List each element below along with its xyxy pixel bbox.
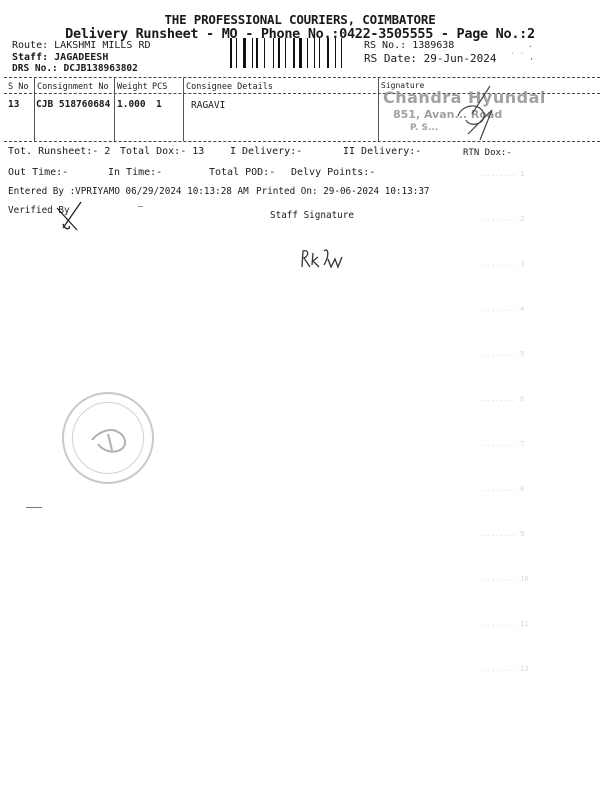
barcode-bar bbox=[267, 38, 270, 68]
barcode-bar bbox=[314, 38, 315, 68]
handwritten-signature-icon bbox=[298, 245, 358, 273]
barcode-bar bbox=[256, 38, 258, 68]
rs-date-value: 29-Jun-2024 bbox=[424, 52, 497, 65]
total-dox: Total Dox:- 13 bbox=[120, 146, 204, 157]
staff-value: JAGADEESH bbox=[54, 52, 108, 63]
bleed-mark: ......... 10 bbox=[478, 575, 529, 583]
bleed-mark: ......... 3 bbox=[478, 260, 524, 268]
barcode-bar bbox=[278, 38, 280, 68]
cell-pcs: 1 bbox=[156, 99, 162, 110]
staff-signature-label: Staff Signature bbox=[270, 210, 354, 221]
cell-s-no: 13 bbox=[8, 99, 19, 110]
speck-mark: ˙ ˙ , bbox=[510, 52, 534, 61]
barcode-bar bbox=[240, 38, 242, 68]
barcode-bar bbox=[296, 38, 297, 68]
rtn-dox: RTN Dox:- bbox=[463, 148, 512, 158]
col-header-consignment-no: Consignment No bbox=[37, 82, 109, 92]
barcode-bar bbox=[309, 38, 311, 68]
barcode-bar bbox=[261, 38, 263, 68]
ii-delivery: II Delivery:- bbox=[343, 146, 421, 157]
barcode-bar bbox=[248, 38, 249, 68]
entered-by: Entered By :VPRIYAMO 06/29/2024 10:13:28… bbox=[8, 186, 249, 197]
barcode-bar bbox=[254, 38, 255, 68]
bleed-mark: ......... 11 bbox=[478, 620, 529, 628]
barcode-bar bbox=[335, 38, 336, 68]
seal-emblem-icon bbox=[88, 420, 132, 456]
barcode-bar bbox=[293, 38, 295, 68]
bleed-mark: ......... 12 bbox=[478, 665, 529, 673]
in-time: In Time:- bbox=[108, 167, 162, 178]
out-time: Out Time:- bbox=[8, 167, 68, 178]
barcode-bar bbox=[264, 38, 265, 68]
drs-label: DRS No.: bbox=[12, 63, 58, 74]
barcode-bar bbox=[233, 38, 234, 68]
company-title: THE PROFESSIONAL COURIERS, COIMBATORE bbox=[0, 12, 600, 27]
col-header-s-no: S No bbox=[8, 82, 28, 92]
barcode-bar bbox=[285, 38, 286, 68]
bleed-mark: ......... 9 bbox=[478, 530, 524, 538]
rs-date-label: RS Date: bbox=[364, 52, 417, 65]
column-divider bbox=[114, 78, 115, 141]
bleed-mark: ......... 7 bbox=[478, 440, 524, 448]
barcode-bar bbox=[305, 38, 306, 68]
bleed-mark: ......... 4 bbox=[478, 305, 524, 313]
barcode-bar bbox=[319, 38, 320, 68]
barcode-bar bbox=[236, 38, 237, 68]
printed-on: Printed On: 29-06-2024 10:13:37 bbox=[256, 186, 430, 197]
bleed-mark: ......... 5 bbox=[478, 350, 524, 358]
bleed-mark: ......... 8 bbox=[478, 485, 524, 493]
barcode-bar bbox=[299, 38, 302, 68]
barcode-bar bbox=[243, 38, 246, 68]
col-header-weight: Weight bbox=[117, 82, 148, 92]
cell-consignee: RAGAVI bbox=[191, 100, 225, 111]
i-delivery: I Delivery:- bbox=[230, 146, 302, 157]
route-label: Route: bbox=[12, 40, 48, 51]
staff-field: Staff: JAGADEESH bbox=[12, 52, 108, 63]
bleed-mark: ......... 6 bbox=[478, 395, 524, 403]
stray-mark bbox=[26, 507, 42, 508]
cell-weight: 1.000 bbox=[117, 99, 146, 110]
barcode-bar bbox=[273, 38, 274, 68]
column-divider bbox=[183, 78, 184, 141]
barcode-bar bbox=[323, 38, 326, 68]
rs-no-value: 1389638 bbox=[412, 40, 454, 51]
signature-scribble-icon bbox=[450, 84, 510, 144]
barcode-bar bbox=[252, 38, 253, 68]
bleed-mark: ......... 2 bbox=[478, 215, 524, 223]
route-field: Route: LAKSHMI MILLS RD bbox=[12, 40, 150, 51]
delvy-points: Delvy Points:- bbox=[291, 167, 375, 178]
barcode-bar bbox=[230, 38, 232, 68]
rs-date-field: RS Date: 29-Jun-2024 bbox=[364, 52, 496, 65]
drs-field: DRS No.: DCJB138963802 bbox=[12, 63, 138, 74]
column-divider bbox=[378, 78, 379, 141]
barcode-bar bbox=[316, 38, 317, 68]
barcode-bar bbox=[341, 38, 342, 68]
barcode-bar bbox=[337, 38, 339, 68]
cell-consignment-no: CJB 518760684 bbox=[36, 99, 110, 110]
col-header-consignee: Consignee Details bbox=[186, 82, 273, 92]
barcode-bar bbox=[327, 38, 329, 68]
route-value: LAKSHMI MILLS RD bbox=[54, 40, 150, 51]
bleed-mark: ......... 1 bbox=[478, 170, 524, 178]
barcode-bar bbox=[283, 38, 284, 68]
staff-label: Staff: bbox=[12, 52, 48, 63]
table-top-rule bbox=[4, 77, 600, 78]
drs-value: DCJB138963802 bbox=[64, 63, 138, 74]
total-pod: Total POD:- bbox=[209, 167, 275, 178]
verified-by-scribble-icon bbox=[55, 200, 85, 232]
barcode-bar bbox=[275, 38, 276, 68]
table-bottom-rule bbox=[4, 141, 600, 142]
barcode-bar bbox=[331, 38, 332, 68]
tot-runsheet: Tot. Runsheet:- 2 bbox=[8, 146, 110, 157]
stray-mark bbox=[138, 206, 143, 207]
rs-no-field: RS No.: 1389638 bbox=[364, 40, 454, 51]
column-divider bbox=[34, 78, 35, 141]
barcode-bar bbox=[307, 38, 308, 68]
barcode-icon bbox=[230, 38, 345, 68]
col-header-pcs: PCS bbox=[152, 82, 167, 92]
barcode-bar bbox=[288, 38, 290, 68]
stamp-line-3: P. S... bbox=[410, 123, 438, 133]
speck-mark: · bbox=[528, 42, 533, 51]
rs-no-label: RS No.: bbox=[364, 40, 406, 51]
